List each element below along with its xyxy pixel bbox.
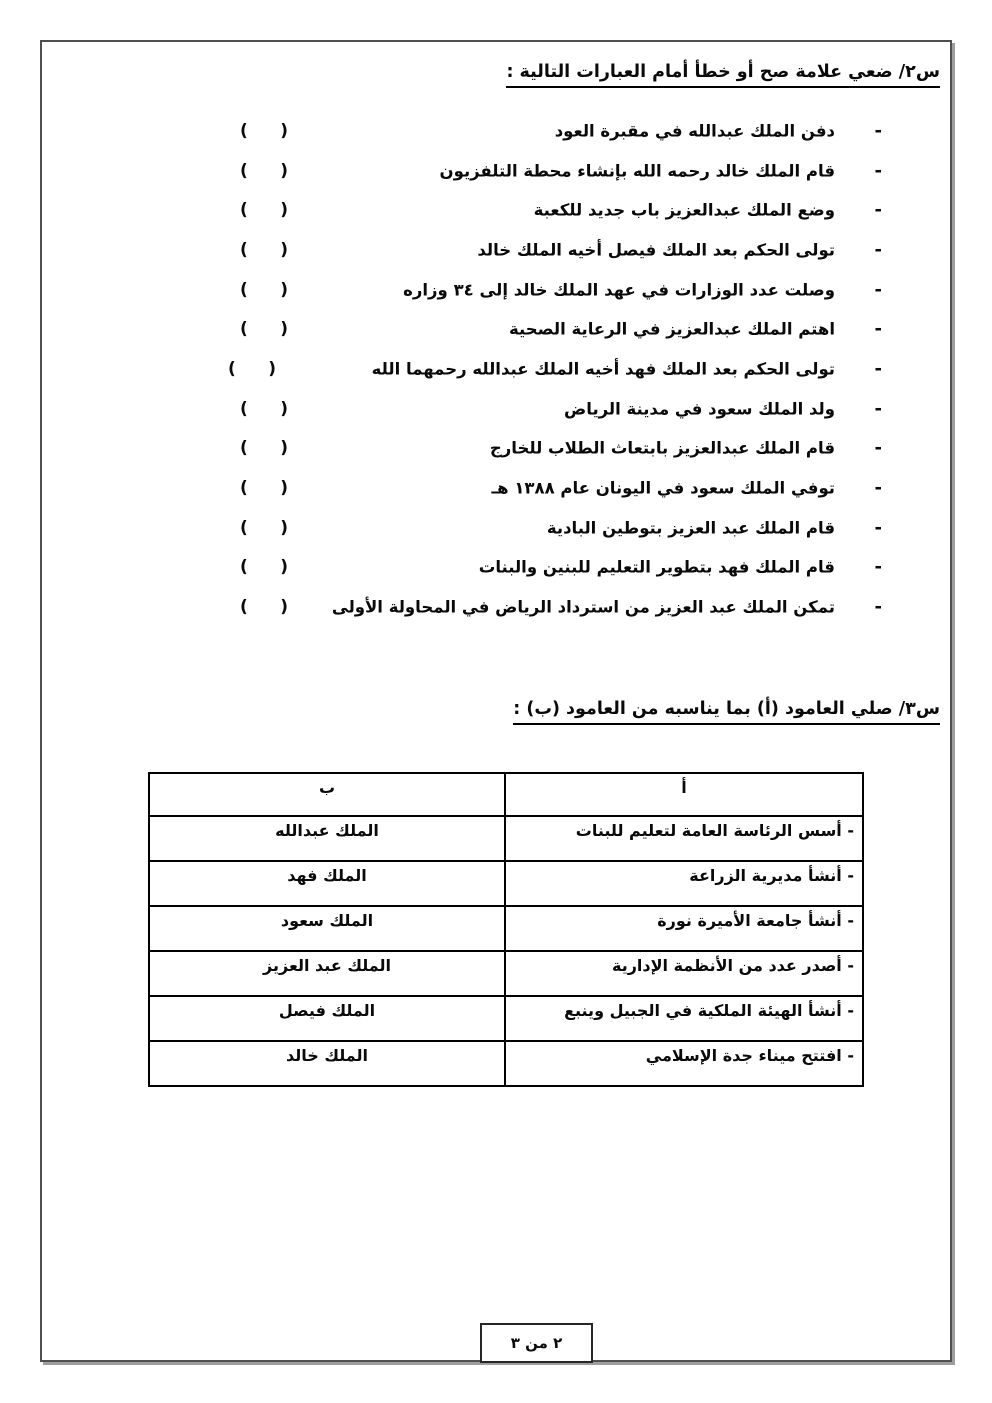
answer-slot[interactable]: () [228,359,276,379]
answer-slot[interactable]: () [240,200,288,220]
page-number: ٢ من ٣ [511,1334,563,1352]
paren-close: ) [280,240,288,260]
column-a-header: أ [505,773,863,816]
column-b-cell: الملك خالد [149,1041,505,1086]
paren-close: ) [280,161,288,181]
paren-close: ) [280,478,288,498]
column-a-cell: - أنشأ الهيئة الملكية في الجبيل وينبع [505,996,863,1041]
statement-row: - اهتم الملك عبدالعزيز في الرعاية الصحية… [0,309,992,349]
statement-text: قام الملك خالد رحمه الله بإنشاء محطة الت… [440,161,835,180]
answer-slot[interactable]: () [240,597,288,617]
column-b-cell: الملك فيصل [149,996,505,1041]
matching-table: أ ب - أسس الرئاسة العامة لتعليم للبنات ا… [148,772,864,1087]
matching-table-header: أ ب [149,773,863,816]
paren-close: ) [280,200,288,220]
paren-open: ( [228,359,236,379]
statement-text: ولد الملك سعود في مدينة الرياض [564,399,835,418]
statement-row: - قام الملك عبد العزيز بتوطين البادية () [0,508,992,548]
question-2-title: س٢/ ضعي علامة صح أو خطأ أمام العبارات ال… [506,62,940,88]
paren-open: ( [240,200,248,220]
statement-row: - وصلت عدد الوزارات في عهد الملك خالد إل… [0,270,992,310]
statement-text: وضع الملك عبدالعزيز باب جديد للكعبة [534,201,835,220]
paren-close: ) [280,557,288,577]
column-a-cell: - أنشأ مديرية الزراعة [505,861,863,906]
bullet-dash: - [875,398,882,419]
answer-slot[interactable]: () [240,478,288,498]
bullet-dash: - [875,597,882,618]
page-number-box: ٢ من ٣ [480,1323,593,1363]
question-3-title: س٣/ صلي العامود (أ) بما يناسبه من العامو… [513,699,940,725]
table-row: - أنشأ جامعة الأميرة نورة الملك سعود [149,906,863,951]
statement-text: اهتم الملك عبدالعزيز في الرعاية الصحية [509,320,835,339]
paren-close: ) [280,518,288,538]
statement-text: توفي الملك سعود في اليونان عام ١٣٨٨ هـ [492,479,835,498]
statement-row: - قام الملك عبدالعزيز بابتعاث الطلاب للخ… [0,429,992,469]
bullet-dash: - [875,358,882,379]
bullet-dash: - [875,120,882,141]
paren-close: ) [280,319,288,339]
statement-row: - تولى الحكم بعد الملك فيصل أخيه الملك خ… [0,230,992,270]
paren-close: ) [280,399,288,419]
paren-open: ( [240,121,248,141]
column-a-cell: - افتتح ميناء جدة الإسلامي [505,1041,863,1086]
paren-open: ( [240,478,248,498]
paren-open: ( [240,557,248,577]
paren-close: ) [280,121,288,141]
paren-open: ( [240,161,248,181]
column-b-header: ب [149,773,505,816]
column-a-cell: - أنشأ جامعة الأميرة نورة [505,906,863,951]
statement-row: - تولى الحكم بعد الملك فهد أخيه الملك عب… [0,349,992,389]
answer-slot[interactable]: () [240,557,288,577]
statement-row: - دفن الملك عبدالله في مقبرة العود () [0,111,992,151]
table-row: - أصدر عدد من الأنظمة الإدارية الملك عبد… [149,951,863,996]
paren-open: ( [240,399,248,419]
statement-row: - تمكن الملك عبد العزيز من استرداد الريا… [0,587,992,627]
answer-slot[interactable]: () [240,518,288,538]
statement-row: - وضع الملك عبدالعزيز باب جديد للكعبة () [0,190,992,230]
table-row: - أسس الرئاسة العامة لتعليم للبنات الملك… [149,816,863,861]
statement-text: قام الملك فهد بتطوير التعليم للبنين والب… [479,558,835,577]
statement-row: - ولد الملك سعود في مدينة الرياض () [0,389,992,429]
paren-open: ( [240,597,248,617]
paren-open: ( [240,240,248,260]
paren-close: ) [280,597,288,617]
paren-close: ) [280,280,288,300]
column-b-cell: الملك عبد العزيز [149,951,505,996]
statement-text: تولى الحكم بعد الملك فهد أخيه الملك عبدا… [372,359,835,378]
paren-close: ) [280,438,288,458]
table-row: - أنشأ الهيئة الملكية في الجبيل وينبع ال… [149,996,863,1041]
column-b-cell: الملك فهد [149,861,505,906]
answer-slot[interactable]: () [240,121,288,141]
statement-text: تولى الحكم بعد الملك فيصل أخيه الملك خال… [477,240,835,259]
statement-row: - قام الملك خالد رحمه الله بإنشاء محطة ا… [0,151,992,191]
answer-slot[interactable]: () [240,319,288,339]
bullet-dash: - [875,160,882,181]
answer-slot[interactable]: () [240,240,288,260]
bullet-dash: - [875,200,882,221]
column-a-cell: - أصدر عدد من الأنظمة الإدارية [505,951,863,996]
statement-text: دفن الملك عبدالله في مقبرة العود [555,121,835,140]
bullet-dash: - [875,319,882,340]
statement-row: - توفي الملك سعود في اليونان عام ١٣٨٨ هـ… [0,468,992,508]
bullet-dash: - [875,557,882,578]
paren-open: ( [240,518,248,538]
statement-row: - قام الملك فهد بتطوير التعليم للبنين وا… [0,548,992,588]
column-b-cell: الملك سعود [149,906,505,951]
paren-close: ) [268,359,276,379]
paren-open: ( [240,438,248,458]
answer-slot[interactable]: () [240,161,288,181]
question-2-statements: - دفن الملك عبدالله في مقبرة العود () - … [0,111,992,627]
answer-slot[interactable]: () [240,280,288,300]
statement-text: قام الملك عبدالعزيز بابتعاث الطلاب للخار… [490,439,835,458]
bullet-dash: - [875,438,882,459]
bullet-dash: - [875,279,882,300]
column-a-cell: - أسس الرئاسة العامة لتعليم للبنات [505,816,863,861]
statement-text: تمكن الملك عبد العزيز من استرداد الرياض … [332,598,835,617]
bullet-dash: - [875,478,882,499]
column-b-cell: الملك عبدالله [149,816,505,861]
paren-open: ( [240,319,248,339]
bullet-dash: - [875,517,882,538]
table-row: - أنشأ مديرية الزراعة الملك فهد [149,861,863,906]
paren-open: ( [240,280,248,300]
bullet-dash: - [875,239,882,260]
answer-slot[interactable]: () [240,399,288,419]
statement-text: قام الملك عبد العزيز بتوطين البادية [547,518,835,537]
statement-text: وصلت عدد الوزارات في عهد الملك خالد إلى … [403,280,835,299]
table-row: - افتتح ميناء جدة الإسلامي الملك خالد [149,1041,863,1086]
answer-slot[interactable]: () [240,438,288,458]
